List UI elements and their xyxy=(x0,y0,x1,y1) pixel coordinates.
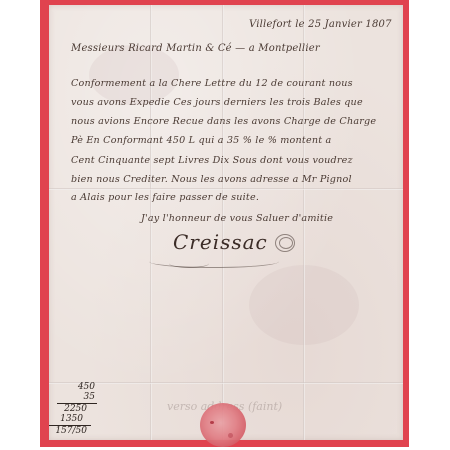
signature-paraph-icon xyxy=(279,237,293,249)
letter-body-line: vous avons Expedie Ces jours derniers le… xyxy=(71,97,363,108)
signature-flourish xyxy=(169,259,209,268)
letter-sheet: verso address (faint) Villefort le 25 Ja… xyxy=(49,5,403,440)
letter-dateline: Villefort le 25 Janvier 1807 xyxy=(249,19,392,30)
letter-salutation: Messieurs Ricard Martin & Cé — a Montpel… xyxy=(71,43,320,54)
letter-body-line: bien nous Crediter. Nous les avons adres… xyxy=(71,174,352,185)
margin-calc-line: 1350 xyxy=(49,414,83,424)
paper-stain xyxy=(89,45,179,105)
margin-calc-line: 450 xyxy=(61,382,95,392)
margin-calc-line: 157/50 xyxy=(49,426,87,436)
letter-body-line: Cent Cinquante sept Livres Dix Sous dont… xyxy=(71,155,353,166)
margin-calc-line: 2250 xyxy=(51,404,87,414)
seal-mark xyxy=(228,433,233,438)
wax-seal xyxy=(200,403,246,447)
margin-calc-line: 35 xyxy=(61,392,95,402)
fold-line-horizontal xyxy=(49,188,403,190)
seal-mark xyxy=(210,421,214,424)
letter-body-line: Conformement a la Chere Lettre du 12 de … xyxy=(71,78,353,89)
letter-body-line: a Alais pour les faire passer de suite. xyxy=(71,192,259,203)
letter-body-line: Pè En Conformant 450 L qui a 35 % le % m… xyxy=(71,135,331,146)
letter-body-line: nous avions Encore Recue dans les avons … xyxy=(71,116,376,127)
fold-line-horizontal xyxy=(49,382,403,384)
letter-closing: J'ay l'honneur de vous Saluer d'amitie xyxy=(141,213,333,224)
letter-signature: Creissac xyxy=(173,230,268,254)
